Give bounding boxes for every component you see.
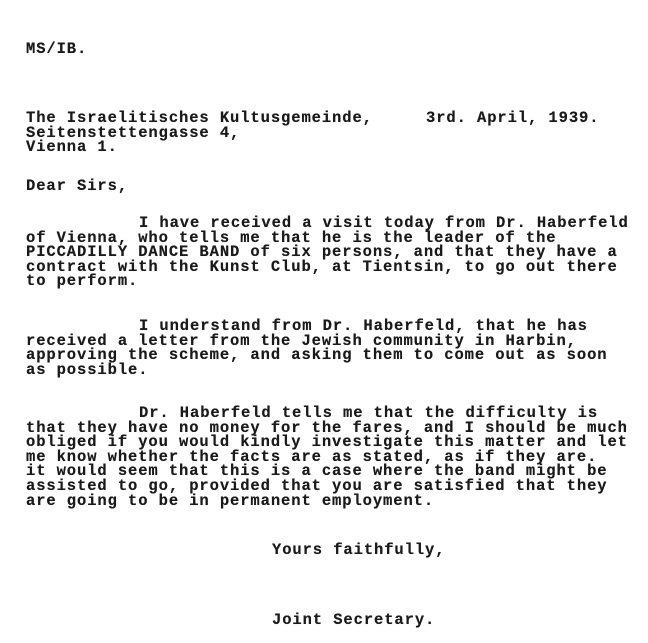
paragraph-3: Dr. Haberfeld tells me that the difficul…: [26, 406, 628, 508]
reference-code: MS/IB.: [26, 42, 87, 57]
paragraph-line: to perform.: [26, 274, 629, 289]
signature-title: Joint Secretary.: [272, 613, 435, 628]
paragraph-line: as possible.: [26, 363, 608, 378]
recipient-line: Vienna 1.: [26, 140, 373, 155]
recipient-address: The Israelitisches Kultusgemeinde, Seite…: [26, 111, 373, 155]
letter-date: 3rd. April, 1939.: [426, 111, 599, 126]
paragraph-line: are going to be in permanent employment.: [26, 494, 628, 509]
closing: Yours faithfully,: [272, 543, 445, 558]
paragraph-2: I understand from Dr. Haberfeld, that he…: [26, 319, 608, 377]
salutation: Dear Sirs,: [26, 179, 128, 194]
paragraph-1: I have received a visit today from Dr. H…: [26, 216, 629, 289]
